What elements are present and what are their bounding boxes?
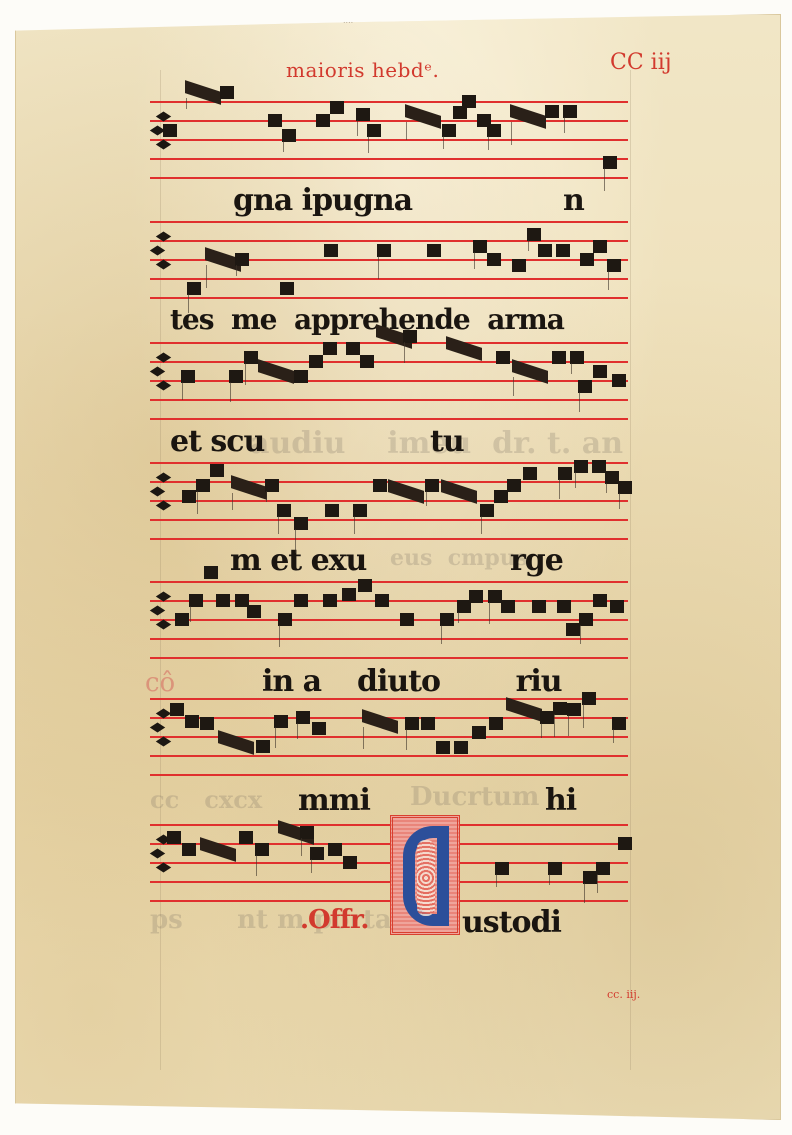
square-note [325,504,339,517]
square-note [552,351,566,364]
staff-line [150,657,628,659]
note-stem [188,294,189,313]
square-note [578,380,592,393]
square-note [277,504,291,517]
square-note [220,86,234,99]
square-note [310,847,324,860]
square-note [488,590,502,603]
note-stem [541,723,542,738]
note-stem [354,516,355,534]
square-note [579,613,593,626]
square-note [256,740,270,753]
square-note [593,365,607,378]
square-note [294,370,308,383]
square-note [480,504,494,517]
square-note [229,370,243,383]
square-note [582,692,596,705]
staff-line [150,755,628,757]
staff-line [150,581,628,583]
staff-line [150,342,628,344]
square-note [170,703,184,716]
square-note [330,101,344,114]
square-note [427,244,441,257]
square-note [592,460,606,473]
square-note [548,862,562,875]
square-note [618,837,632,850]
square-note [247,605,261,618]
square-note [496,351,510,364]
square-note [328,843,342,856]
square-note [612,717,626,730]
note-stem [283,141,284,152]
note-stem [597,874,598,893]
note-stem [368,136,369,154]
square-note [556,244,570,257]
note-stem [559,479,560,498]
square-note [462,95,476,108]
note-stem [295,529,296,553]
lyric-line-6a: mmi [298,783,370,818]
note-stem [186,98,187,110]
staff-line [150,380,628,382]
note-stem [182,382,183,400]
square-note [596,862,610,875]
staff-line [150,278,628,280]
square-note [294,594,308,607]
square-note [200,717,214,730]
square-note [346,342,360,355]
note-stem [584,883,585,903]
square-note [425,479,439,492]
offertory-rubric: .Offr. [300,905,368,935]
note-stem [619,493,620,510]
square-note [580,253,594,266]
square-note [196,479,210,492]
running-title: maioris hebdᵉ. [286,58,439,82]
square-note [189,594,203,607]
note-stem [378,256,379,280]
footer-folio-mark: cc. iij. [607,988,640,1001]
note-stem [245,363,246,385]
square-note [343,856,357,869]
square-note [436,741,450,754]
note-stem [266,491,267,502]
lyric-line-3a: et scu [170,424,264,459]
note-stem [571,363,572,373]
show-through-text-2: eus cmpus [390,545,528,571]
square-note [175,613,189,626]
square-note [375,594,389,607]
square-note [607,259,621,272]
square-note [255,843,269,856]
show-through-text-4: Ducrtum [410,782,539,812]
staff-line [150,538,628,540]
square-note [574,460,588,473]
note-stem [426,491,427,506]
square-note [239,831,253,844]
square-note [487,124,501,137]
square-note [182,490,196,503]
lyric-line-1-end: n [563,183,584,218]
square-note [469,590,483,603]
square-note [235,253,249,266]
square-note [373,479,387,492]
staff-5 [150,581,628,661]
note-stem [363,727,364,749]
margin-ruling-right [630,70,631,1070]
lyric-line-6b: hi [545,783,576,818]
top-margin-note: .... [343,16,353,25]
square-note [553,702,567,715]
square-note [405,717,419,730]
square-note [268,114,282,127]
note-stem [488,136,489,151]
note-stem [481,516,482,535]
note-stem [554,714,555,738]
square-note [563,105,577,118]
square-note [280,282,294,295]
note-stem [549,874,550,885]
note-stem [513,377,514,396]
square-note [167,831,181,844]
square-note [210,464,224,477]
square-note [181,370,195,383]
staff-line [150,824,628,826]
lyric-line-1: gna ipugna [233,183,412,218]
lyric-line-5b: diuto riu [357,664,562,699]
square-note [527,228,541,241]
square-note [282,129,296,142]
staff-line [150,101,628,103]
square-note [454,741,468,754]
note-stem [357,120,358,136]
square-note [605,471,619,484]
square-note [593,594,607,607]
staff-line [150,519,628,521]
note-stem [279,625,280,647]
note-stem [190,606,191,622]
square-note [316,114,330,127]
square-note [472,726,486,739]
note-stem [568,715,569,735]
staff-line [150,500,628,502]
square-note [583,871,597,884]
square-note [324,244,338,257]
square-note [512,259,526,272]
square-note [507,479,521,492]
red-mark-show-through: cô [145,668,175,698]
staff-line [150,177,628,179]
note-stem [604,168,605,191]
square-note [538,244,552,257]
square-note [356,108,370,121]
note-stem [528,240,529,251]
square-note [300,826,314,839]
lyric-line-7: ustodi [462,905,561,940]
note-stem [575,472,576,488]
square-note [567,703,581,716]
square-note [187,282,201,295]
square-note [610,600,624,613]
note-stem [232,493,233,510]
note-stem [474,252,475,269]
note-stem [197,491,198,514]
note-stem [496,874,497,887]
square-note [532,600,546,613]
square-note [557,600,571,613]
note-stem [613,729,614,743]
staff-line [150,900,628,902]
show-through-text-3: cc cxcx [150,785,262,814]
square-note [495,862,509,875]
staff-line [150,221,628,223]
square-note [278,613,292,626]
square-note [453,106,467,119]
staff-line [150,158,628,160]
staff-line [150,418,628,420]
square-note [323,594,337,607]
note-stem [311,859,312,874]
square-note [570,351,584,364]
note-stem [404,342,405,362]
staff-line [150,139,628,141]
square-note [265,479,279,492]
note-stem [206,265,207,288]
note-stem [606,483,607,493]
note-stem [275,727,276,748]
staff-line [150,638,628,640]
staff-line [150,619,628,621]
square-note [523,467,537,480]
note-stem [406,122,407,140]
square-note [612,374,626,387]
square-note [323,342,337,355]
staff-line [150,399,628,401]
square-note [545,105,559,118]
square-note [487,253,501,266]
note-stem [278,516,279,534]
note-stem [458,612,459,623]
square-note [442,124,456,137]
square-note [593,240,607,253]
note-stem [297,723,298,739]
note-stem [608,271,609,290]
square-note [540,711,554,724]
note-stem [236,265,237,276]
square-note [566,623,580,636]
lyric-line-5a: in a [262,664,321,699]
square-note [342,588,356,601]
square-note [204,566,218,579]
square-note [494,490,508,503]
initial-filigree [417,840,435,916]
note-stem [406,729,407,750]
square-note [312,722,326,735]
lyric-line-3b: tu [430,424,464,459]
lyric-line-4a: m et exu [230,543,366,578]
square-note [473,240,487,253]
square-note [377,244,391,257]
square-note [603,156,617,169]
note-stem [564,117,565,134]
square-note [358,579,372,592]
square-note [403,330,417,343]
square-note [421,717,435,730]
staff-line [150,297,628,299]
square-note [185,715,199,728]
staff-line [150,774,628,776]
folio-number: CC iij [610,50,672,75]
square-note [294,517,308,530]
square-note [400,613,414,626]
square-note [182,843,196,856]
square-note [618,481,632,494]
staff-line [150,120,628,122]
note-stem [443,136,444,149]
square-note [296,711,310,724]
illuminated-initial-c [390,815,460,935]
note-stem [301,838,302,857]
square-note [360,355,374,368]
note-stem [441,625,442,644]
square-note [309,355,323,368]
staff-line [150,240,628,242]
square-note [501,600,515,613]
note-stem [489,602,490,624]
square-note [367,124,381,137]
square-note [244,351,258,364]
square-note [216,594,230,607]
square-note [489,717,503,730]
note-stem [230,382,231,402]
initial-letter-stem [437,826,449,926]
square-note [440,613,454,626]
square-note [274,715,288,728]
lyric-line-2: tes me apprehende arma [170,303,564,336]
staff-line [150,881,628,883]
note-stem [256,855,257,876]
note-stem [580,625,581,644]
note-stem [511,122,512,145]
square-note [353,504,367,517]
square-note [558,467,572,480]
lyric-line-4b: rge [510,543,563,578]
note-stem [579,392,580,412]
square-note [163,124,177,137]
note-stem [583,704,584,728]
